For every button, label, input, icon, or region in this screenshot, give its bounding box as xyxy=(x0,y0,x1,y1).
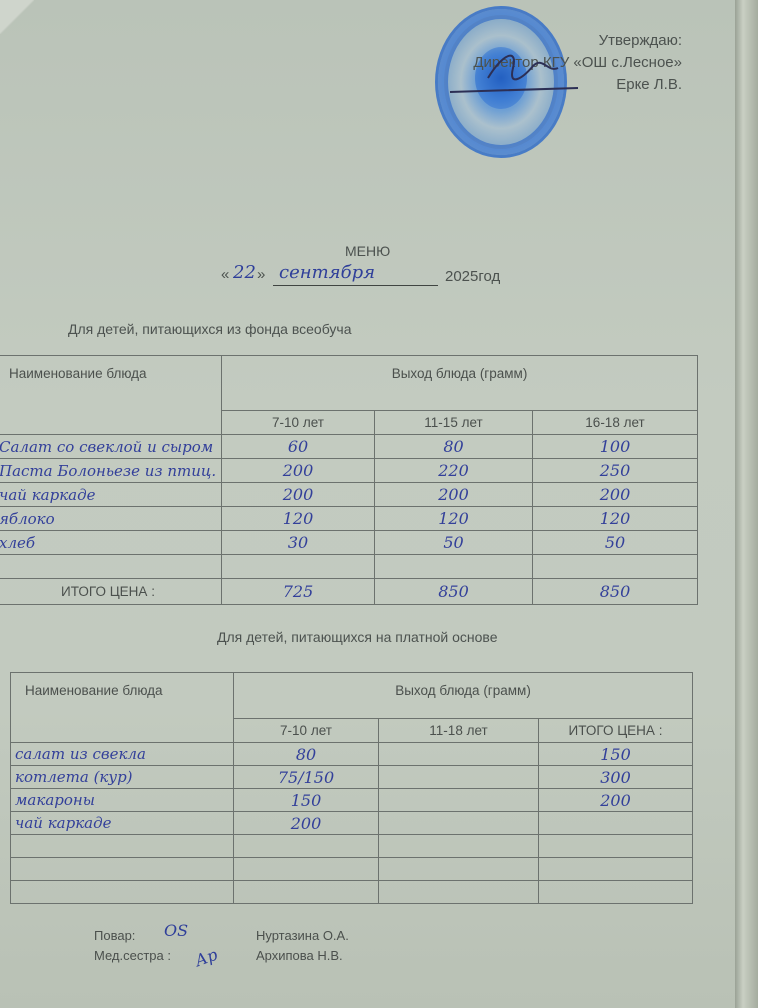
table-row: яблоко120120120 xyxy=(0,507,698,531)
portion-value: 200 xyxy=(375,483,533,507)
portion-value: 80 xyxy=(375,435,533,459)
portion-value: 200 xyxy=(222,459,375,483)
portion-value: 75/150 xyxy=(234,766,379,789)
portion-value: 150 xyxy=(234,789,379,812)
portion-value: 30 xyxy=(222,531,375,555)
table-row: макароны150200 xyxy=(11,789,693,812)
total-value: 725 xyxy=(222,579,375,605)
close-quote: » xyxy=(257,266,265,283)
portion-value xyxy=(379,881,539,904)
cook-signature-icon: OS xyxy=(164,921,188,940)
table-row: Салат со свеклой и сыром6080100 xyxy=(0,435,698,459)
table-row: чай каркаде200200200 xyxy=(0,483,698,507)
portion-value: 50 xyxy=(533,531,698,555)
column-header: 7-10 лет xyxy=(222,411,375,435)
dish-name: хлеб xyxy=(0,531,222,555)
page-title: МЕНЮ xyxy=(345,243,390,259)
table-row: салат из свекла80150 xyxy=(11,743,693,766)
table-row xyxy=(0,555,698,579)
dish-name xyxy=(11,881,234,904)
column-header: ИТОГО ЦЕНА : xyxy=(539,719,693,743)
portion-value xyxy=(234,835,379,858)
portion-value: 220 xyxy=(375,459,533,483)
portion-value xyxy=(539,858,693,881)
signature-icon xyxy=(448,48,583,98)
open-quote: « xyxy=(221,266,229,283)
portion-value: 100 xyxy=(533,435,698,459)
total-value: 850 xyxy=(375,579,533,605)
dish-name: котлета (кур) xyxy=(11,766,234,789)
dish-name: яблоко xyxy=(0,507,222,531)
portion-value xyxy=(539,812,693,835)
portion-value xyxy=(379,812,539,835)
dish-name: Салат со свеклой и сыром xyxy=(0,435,222,459)
portion-value: 60 xyxy=(222,435,375,459)
portion-value: 120 xyxy=(533,507,698,531)
dish-name-header: Наименование блюда xyxy=(0,356,222,435)
table-row: хлеб305050 xyxy=(0,531,698,555)
portion-value xyxy=(222,555,375,579)
portion-value xyxy=(533,555,698,579)
column-header: 16-18 лет xyxy=(533,411,698,435)
paid-meals-table: Наименование блюда Выход блюда (грамм) 7… xyxy=(10,672,693,904)
dish-name xyxy=(0,555,222,579)
portion-value xyxy=(539,881,693,904)
portion-value xyxy=(379,766,539,789)
yield-header: Выход блюда (грамм) xyxy=(234,673,693,719)
dish-name xyxy=(11,858,234,881)
dish-name: макароны xyxy=(11,789,234,812)
column-header: 11-15 лет xyxy=(375,411,533,435)
table-row: котлета (кур)75/150300 xyxy=(11,766,693,789)
frame-edge xyxy=(735,0,758,1008)
portion-value: 120 xyxy=(222,507,375,531)
dish-name: чай каркаде xyxy=(11,812,234,835)
date-month: сентября xyxy=(273,264,438,286)
portion-value: 150 xyxy=(539,743,693,766)
portion-value xyxy=(379,743,539,766)
portion-value xyxy=(379,858,539,881)
table-row: чай каркаде200 xyxy=(11,812,693,835)
table-row xyxy=(11,881,693,904)
dish-name: Паста Болоньезе из птиц. xyxy=(0,459,222,483)
portion-value: 200 xyxy=(234,812,379,835)
yield-header: Выход блюда (грамм) xyxy=(222,356,698,411)
dish-name xyxy=(11,835,234,858)
portion-value xyxy=(375,555,533,579)
table-row xyxy=(11,835,693,858)
dish-name: салат из свекла xyxy=(11,743,234,766)
total-row: ИТОГО ЦЕНА :725850850 xyxy=(0,579,698,605)
cook-name: Нуртазина О.А. xyxy=(256,928,349,943)
nurse-name: Архипова Н.В. xyxy=(256,948,343,963)
table-row: Паста Болоньезе из птиц.200220250 xyxy=(0,459,698,483)
menu-date: « 22 » сентября 2025год xyxy=(221,264,521,288)
portion-value xyxy=(234,858,379,881)
table-row xyxy=(11,858,693,881)
portion-value: 200 xyxy=(533,483,698,507)
dish-name-header: Наименование блюда xyxy=(11,673,234,743)
column-header: 7-10 лет xyxy=(234,719,379,743)
portion-value xyxy=(379,789,539,812)
portion-value xyxy=(379,835,539,858)
dish-name: чай каркаде xyxy=(0,483,222,507)
nurse-label: Мед.сестра : xyxy=(94,948,171,963)
total-value: 850 xyxy=(533,579,698,605)
portion-value: 200 xyxy=(222,483,375,507)
corner-fold xyxy=(0,0,34,34)
free-meals-table: Наименование блюда Выход блюда (грамм) 7… xyxy=(0,355,698,605)
paid-meals-caption: Для детей, питающихся на платной основе xyxy=(217,629,498,645)
portion-value xyxy=(234,881,379,904)
total-label: ИТОГО ЦЕНА : xyxy=(0,579,222,605)
portion-value xyxy=(539,835,693,858)
cook-label: Повар: xyxy=(94,928,135,943)
date-day: 22 xyxy=(233,262,256,283)
portion-value: 50 xyxy=(375,531,533,555)
free-meals-caption: Для детей, питающихся из фонда всеобуча xyxy=(68,321,352,337)
portion-value: 250 xyxy=(533,459,698,483)
portion-value: 120 xyxy=(375,507,533,531)
portion-value: 200 xyxy=(539,789,693,812)
portion-value: 80 xyxy=(234,743,379,766)
column-header: 11-18 лет xyxy=(379,719,539,743)
date-year: 2025год xyxy=(445,268,500,285)
portion-value: 300 xyxy=(539,766,693,789)
